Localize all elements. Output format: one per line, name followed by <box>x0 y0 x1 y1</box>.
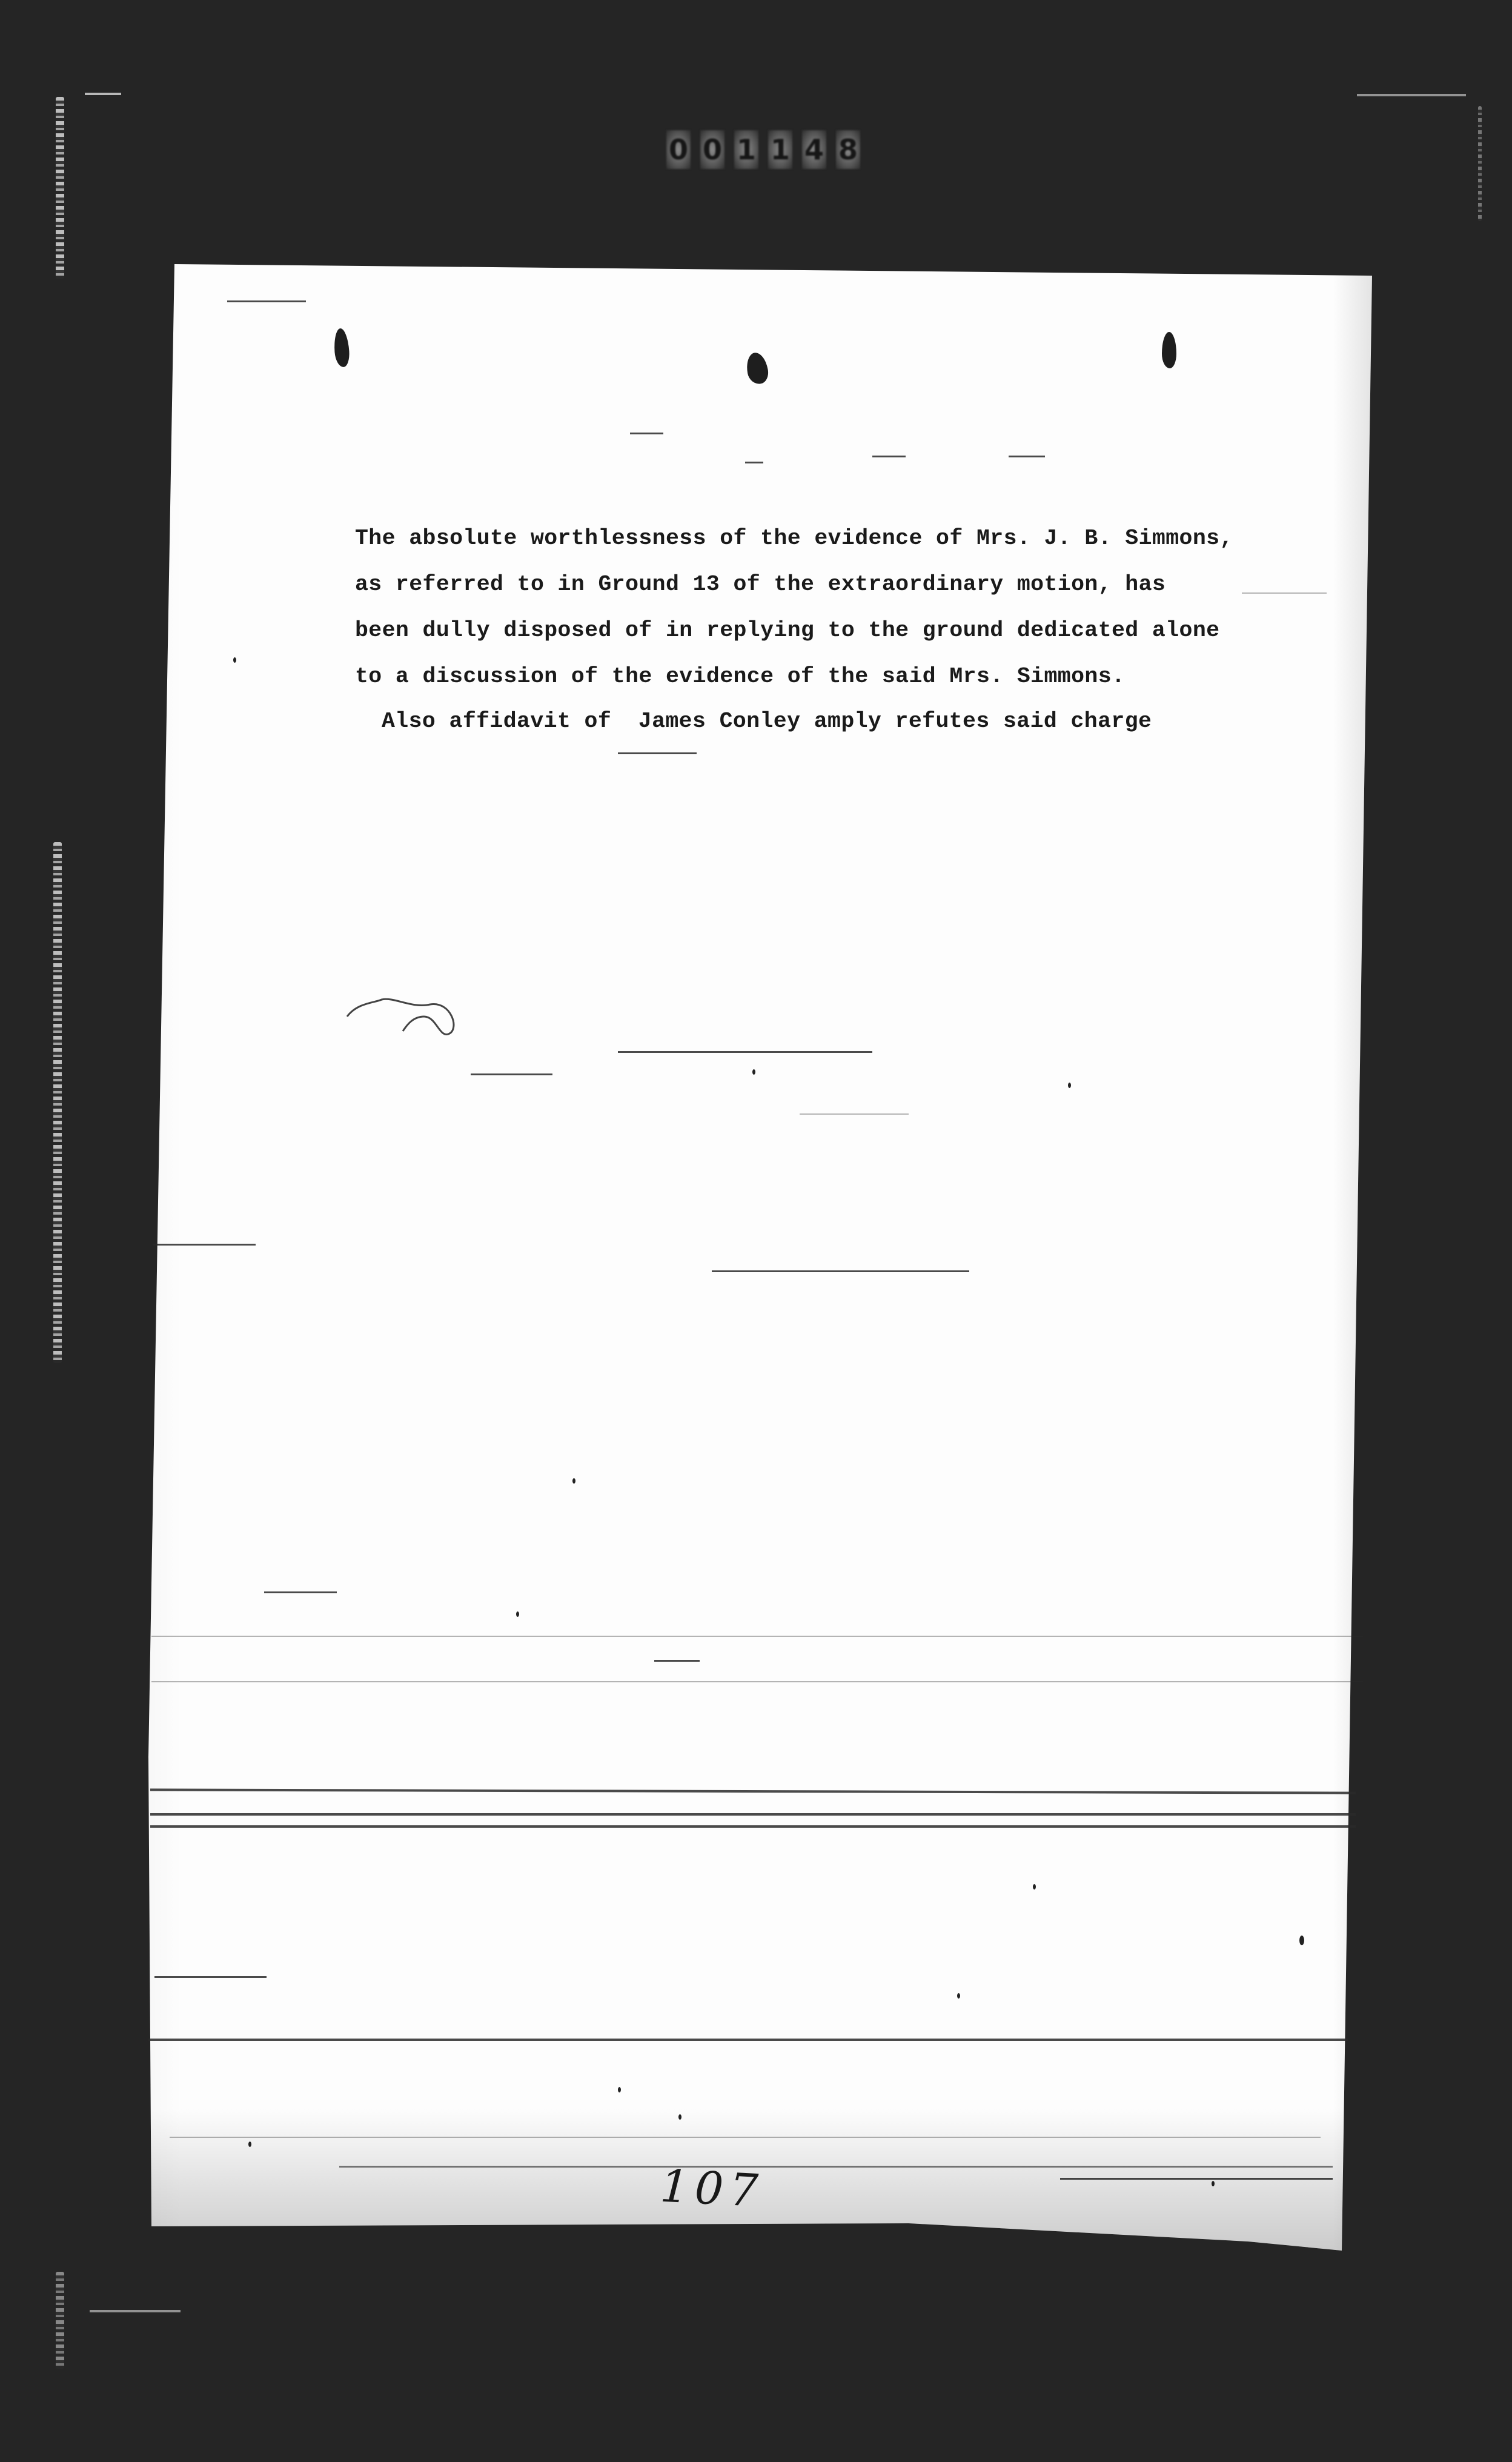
frame-corner-tick <box>85 93 121 95</box>
handwritten-scribble <box>339 994 460 1042</box>
frame-corner-tick <box>1357 94 1466 96</box>
body-line: Also affidavit of James Conley amply ref… <box>382 709 1152 734</box>
reel-stamp-digit: 8 <box>836 130 860 169</box>
film-edge-marks-top <box>56 97 64 279</box>
body-line: as referred to in Ground 13 of the extra… <box>355 572 1165 597</box>
reel-stamp-digit: 0 <box>666 130 691 169</box>
film-edge-marks-right <box>1478 106 1482 221</box>
handwritten-page-number: 107 <box>659 2160 766 2218</box>
film-edge-marks-middle <box>53 842 62 1363</box>
reel-stamp-digit: 1 <box>734 130 758 169</box>
reel-stamp-digit: 1 <box>768 130 792 169</box>
microfilm-reel-stamp: 0 0 1 1 4 8 <box>666 130 860 169</box>
film-edge-marks-bottom <box>56 2272 64 2369</box>
body-line: The absolute worthlessness of the eviden… <box>355 526 1233 551</box>
body-line: been dully disposed of in replying to th… <box>355 618 1219 643</box>
reel-stamp-digit: 0 <box>700 130 724 169</box>
reel-stamp-digit: 4 <box>802 130 826 169</box>
body-line: to a discussion of the evidence of the s… <box>355 664 1125 689</box>
underline-mark <box>618 752 697 754</box>
frame-corner-tick <box>90 2310 181 2312</box>
